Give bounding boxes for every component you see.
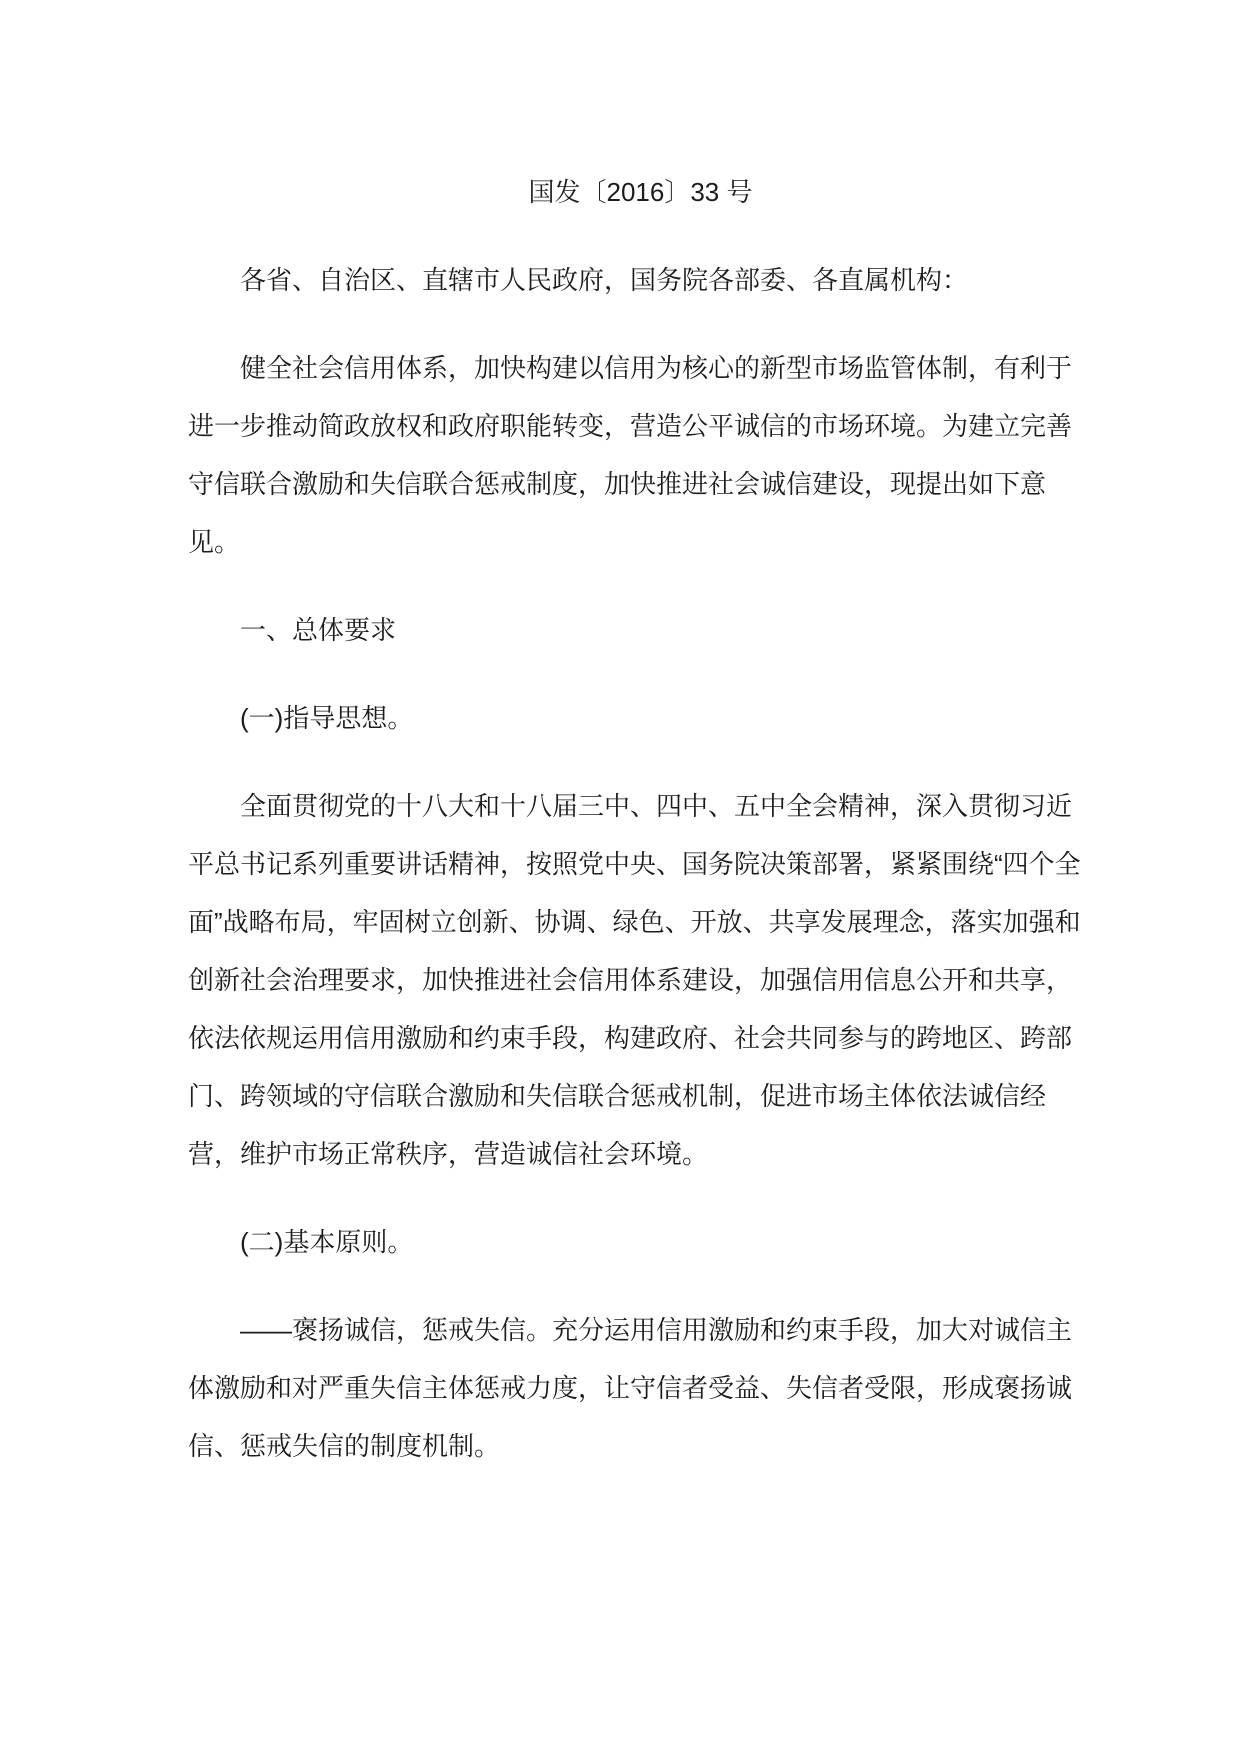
basic-principles-dash-item: ——褒扬诚信，惩戒失信。充分运用信用激励和约束手段，加大对诚信主体激励和对严重失… (188, 1301, 1093, 1475)
document-page: 国发〔2016〕33 号 各省、自治区、直辖市人民政府，国务院各部委、各直属机构… (0, 0, 1241, 1754)
intro-paragraph: 健全社会信用体系，加快构建以信用为核心的新型市场监管体制，有利于进一步推动简政放… (188, 339, 1093, 571)
doc-number-title: 国发〔2016〕33 号 (188, 163, 1093, 221)
salutation-line: 各省、自治区、直辖市人民政府，国务院各部委、各直属机构： (188, 251, 1093, 309)
guiding-ideology-paragraph: 全面贯彻党的十八大和十八届三中、四中、五中全会精神，深入贯彻习近平总书记系列重要… (188, 777, 1093, 1183)
section-heading-overall-requirements: 一、总体要求 (188, 601, 1093, 659)
subheading-basic-principles: (二)基本原则。 (188, 1213, 1093, 1271)
subheading-guiding-ideology: (一)指导思想。 (188, 689, 1093, 747)
